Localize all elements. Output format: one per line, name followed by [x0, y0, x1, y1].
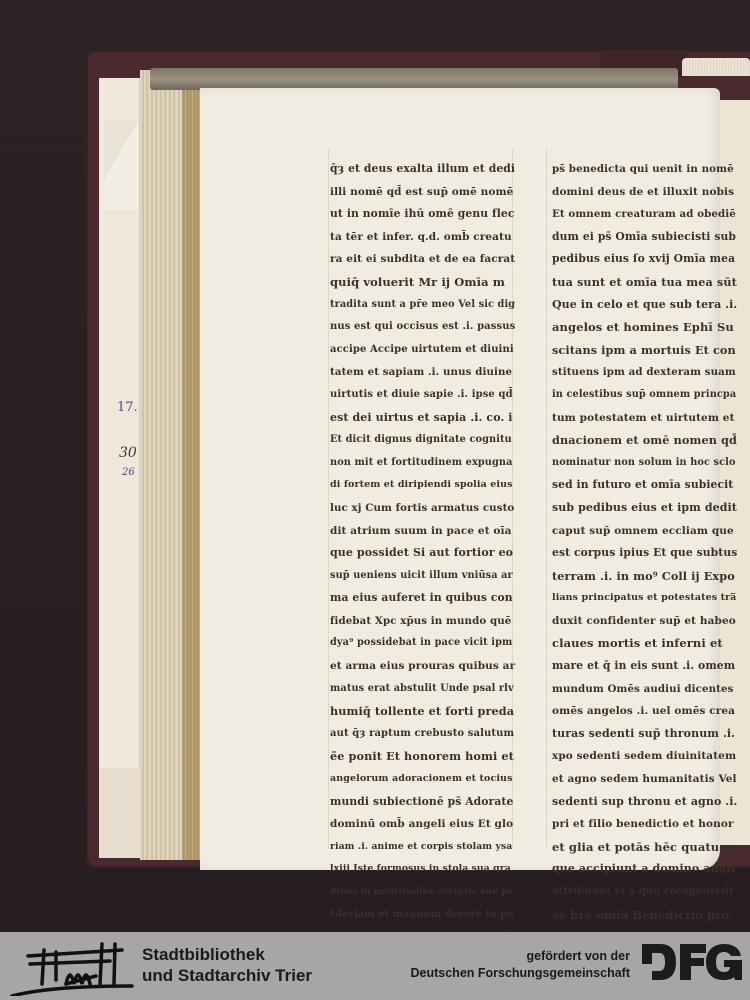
- manuscript-line: est dei uirtus et sapia .i. co. i: [330, 407, 515, 430]
- manuscript-line: nus est qui occisus est .i. passus: [330, 316, 515, 339]
- manuscript-line: dominū omb̄ angeli eius Et glo: [330, 813, 515, 836]
- funder-text: gefördert von der Deutschen Forschungsge…: [411, 948, 631, 982]
- library-name-line1: Stadtbibliothek: [142, 944, 312, 965]
- manuscript-line: ut in nomīe ihū omē genu flec: [330, 203, 515, 226]
- manuscript-line: mundum Omēs audiui dicentes: [552, 678, 737, 701]
- page-top-edge: [150, 68, 678, 90]
- shelfmark-30: 30: [119, 445, 137, 461]
- manuscript-line: est corpus ipius Et que subtus: [552, 542, 737, 565]
- manuscript-line: pedibus eius ſo xvij Omīa mea: [552, 248, 737, 271]
- manuscript-line: angelorum adoracionem et tocius: [330, 768, 515, 791]
- manuscript-line: lians principatus et potestates tra̅: [552, 587, 737, 610]
- manuscript-line: fidebat Xpc xp̄us in mundo quē: [330, 610, 515, 633]
- manuscript-line: ē̄e ponit Et honorem homi et: [330, 745, 515, 768]
- manuscript-line: di fortem et diripiendi spolia eius: [330, 474, 515, 497]
- manuscript-line: non mit et fortitudinem expugna: [330, 452, 515, 475]
- manuscript-line: mundi subiectionē ps̄ Adorate: [330, 791, 515, 814]
- manuscript-line: accipe Accipe uirtutem et diuini: [330, 339, 515, 362]
- manuscript-line: aut q̄ȝ raptum crebusto salutum: [330, 723, 515, 746]
- manuscript-line: terram .i. in mo⁹ Coll ij Expo: [552, 565, 737, 588]
- manuscript-line: Et omnem creaturam ad obediē: [552, 203, 737, 226]
- manuscript-line: sub pedibus eius et ipm dedit: [552, 497, 737, 520]
- manuscript-line: luc xj Cum fortis armatus custo: [330, 497, 515, 520]
- manuscript-line: ma eius auferet in quibus con: [330, 587, 515, 610]
- manuscript-line: turas sedenti sup̄ thronum .i.: [552, 723, 737, 746]
- funder-line1: gefördert von der: [411, 948, 631, 965]
- manuscript-line: humiq̄ tollente et forti preda: [330, 700, 515, 723]
- manuscript-line: mare et q̄ in eis sunt .i. omem: [552, 655, 737, 678]
- manuscript-line: ra eit ei subdita et de ea facrat: [330, 248, 515, 271]
- manuscript-line: scitans ipm a mortuis Et con: [552, 339, 737, 362]
- manuscript-line: tum potestatem et uirtutem et: [552, 407, 737, 430]
- manuscript-line: attribuunt ei a quo recognoscūt: [552, 881, 737, 904]
- manuscript-line: pri et filio benedictio et honor: [552, 813, 737, 836]
- manuscript-line: se hre omīa Benedictio pro: [552, 904, 737, 927]
- text-column-left: q̄ȝ et deus exalta illum et dediilli nom…: [330, 158, 515, 932]
- manuscript-line: xpo sedenti sedem diuinitatem: [552, 745, 737, 768]
- manuscript-line: que accipiunt a domino angli: [552, 858, 737, 881]
- text-column-right: ps̄ benedicta qui uenit in nomēdomini de…: [552, 158, 737, 932]
- manuscript-line: dit atrium suum in pace et oīa: [330, 520, 515, 543]
- manuscript-line: et agno sedem humanitatis Vel: [552, 768, 737, 791]
- manuscript-line: uirtutis et diuie sapie .i. ipse qd̄: [330, 384, 515, 407]
- manuscript-line: lxiij Iste formosus in stola sua gra: [330, 858, 515, 881]
- manuscript-line: sup̄ ueniens uicit illum vniūsa ar: [330, 565, 515, 588]
- manuscript-line: q̄ȝ et deus exalta illum et dedi: [330, 158, 515, 181]
- manuscript-line: tua sunt et omīa tua mea sūt: [552, 271, 737, 294]
- ruling-line: [328, 148, 329, 848]
- manuscript-line: dnacionem et omē nomen qd̄: [552, 429, 737, 452]
- manuscript-line: ta tēr et infer. q.d. omb̄ creatu: [330, 226, 515, 249]
- manuscript-line: et glia et potās hēc quatuor: [552, 836, 737, 859]
- shelfmark-26: 26: [122, 467, 135, 478]
- stadtbibliothek-trier-logo-icon: [10, 940, 138, 996]
- manuscript-line: dum ei ps̄ Omīa subiecisti sub: [552, 226, 737, 249]
- manuscript-line: claues mortis et inferni et: [552, 632, 737, 655]
- ruling-line: [546, 148, 547, 848]
- manuscript-line: caput sup̄ omnem eccliam que: [552, 520, 737, 543]
- manuscript-line: ps̄ benedicta qui uenit in nomē: [552, 158, 737, 181]
- manuscript-line: que possidet Si aut fortior eo: [330, 542, 515, 565]
- manuscript-line: Que in celo et que sub tera .i.: [552, 294, 737, 317]
- manuscript-line: diens in multitudine uirtutis sue ps̄: [330, 881, 515, 904]
- manuscript-line: riam .i. anime et corpis stolam ysa: [330, 836, 515, 859]
- flyleaf-fold: [104, 120, 138, 210]
- manuscript-line: matus erat abstulit Unde psal rlv: [330, 678, 515, 701]
- manuscript-line: Et dicit dignus dignitate cognitu: [330, 429, 515, 452]
- manuscript-line: nominatur non solum in hoc sclo: [552, 452, 737, 475]
- manuscript-line: sedenti sup thronu et agno .i.: [552, 791, 737, 814]
- manuscript-line: tradita sunt a pr̄e meo Vel sic dig: [330, 294, 515, 317]
- manuscript-line: angelos et homines Ephī Su: [552, 316, 737, 339]
- library-name-line2: und Stadtarchiv Trier: [142, 965, 312, 986]
- funder-line2: Deutschen Forschungsgemeinschaft: [411, 965, 631, 982]
- footer-banner: Stadtbibliothek und Stadtarchiv Trier ge…: [0, 932, 750, 1000]
- manuscript-image-viewer: 17. 30 26 q̄ȝ et deus exalta illum et de…: [0, 0, 750, 932]
- manuscript-line: sed in futuro et omīa subiecit: [552, 474, 737, 497]
- manuscript-line: dya⁹ possidebat in pace vicit ipm: [330, 632, 515, 655]
- manuscript-line: omēs angelos .i. uel omēs crea: [552, 700, 737, 723]
- manuscript-line: illi nomē qd̄ est sup̄ omē nomē: [330, 181, 515, 204]
- shelfmark-17: 17.: [117, 400, 138, 415]
- headband: [682, 58, 750, 76]
- manuscript-line: tatem et sapiam .i. unus diuine: [330, 361, 515, 384]
- manuscript-line: Gloriam et magnum decorē in po: [330, 904, 515, 927]
- manuscript-line: duxit confidenter sup̄ et habeo: [552, 610, 737, 633]
- manuscript-line: domini deus de et illuxit nobis: [552, 181, 737, 204]
- library-name: Stadtbibliothek und Stadtarchiv Trier: [142, 944, 312, 986]
- manuscript-line: et arma eius prouras quibus ar: [330, 655, 515, 678]
- manuscript-line: in celestibus sup̄ omnem princpa: [552, 384, 737, 407]
- manuscript-line: stituens ipm ad dexteram suam: [552, 361, 737, 384]
- manuscript-line: quiq̄ voluerit Mr ij Omīa m: [330, 271, 515, 294]
- dfg-logo-icon: [640, 944, 744, 980]
